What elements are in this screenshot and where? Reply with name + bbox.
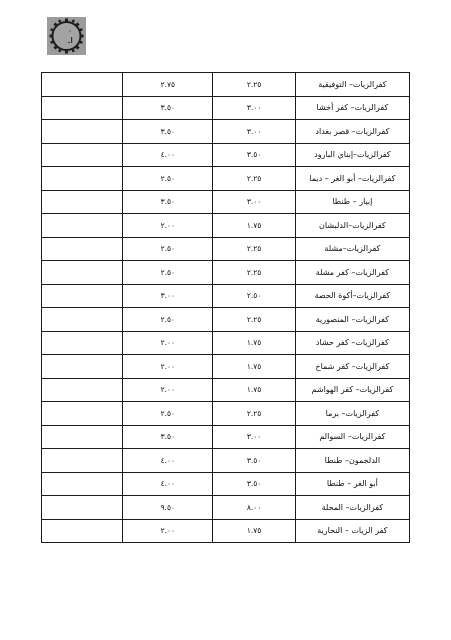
notes-cell [42, 355, 123, 379]
old-fare-cell: ٢.٢٥ [213, 73, 295, 97]
table-row: ٢.٥٠ ٢.٢٥ كفرالزيات– المنصورية [42, 308, 410, 332]
route-cell: كفرالزيات– أبو الغر – ديما [295, 167, 409, 191]
route-cell: الدلجمون– طنطا [295, 449, 409, 473]
new-fare-cell: ٢.٠٠ [123, 519, 213, 543]
new-fare-cell: ٣.٥٠ [123, 190, 213, 214]
old-fare-cell: ٢.٢٥ [213, 261, 295, 285]
table-row: ٩.٥٠ ٨.٠٠ كفرالزيات– المحلة [42, 496, 410, 520]
notes-cell [42, 402, 123, 426]
route-cell: كفرالزيات– التوفيقية [295, 73, 409, 97]
new-fare-cell: ٣.٥٠ [123, 96, 213, 120]
table-row: ٢.٠٠ ١.٧٥ كفرالزيات– كفر شماخ [42, 355, 410, 379]
old-fare-cell: ٣.٥٠ [213, 449, 295, 473]
new-fare-cell: ٢.٠٠ [123, 331, 213, 355]
old-fare-cell: ١.٧٥ [213, 214, 295, 238]
new-fare-cell: ٣.٥٠ [123, 425, 213, 449]
old-fare-cell: ٣.٠٠ [213, 120, 295, 144]
table-row: ٢.٧٥ ٢.٢٥ كفرالزيات– التوفيقية [42, 73, 410, 97]
table-row: ٢.٥٠ ٢.٢٥ كفرالزيات–مشلة [42, 237, 410, 261]
notes-cell [42, 143, 123, 167]
old-fare-cell: ٣.٠٠ [213, 96, 295, 120]
route-cell: كفرالزيات– السوالم [295, 425, 409, 449]
old-fare-cell: ٢.٢٥ [213, 308, 295, 332]
logo [47, 17, 86, 55]
notes-cell [42, 237, 123, 261]
new-fare-cell: ٩.٥٠ [123, 496, 213, 520]
new-fare-cell: ٣.٥٠ [123, 120, 213, 144]
notes-cell [42, 331, 123, 355]
notes-cell [42, 425, 123, 449]
notes-cell [42, 284, 123, 308]
route-cell: كفرالزيات– برما [295, 402, 409, 426]
old-fare-cell: ٢.٢٥ [213, 402, 295, 426]
route-cell: كفرالزيات–الدلبشان [295, 214, 409, 238]
table-row: ٣.٥٠ ٣.٠٠ كفرالزيات– كفر أخشا [42, 96, 410, 120]
new-fare-cell: ٢.٠٠ [123, 214, 213, 238]
new-fare-cell: ٤.٠٠ [123, 143, 213, 167]
new-fare-cell: ٢.٥٠ [123, 402, 213, 426]
notes-cell [42, 308, 123, 332]
table-row: ٤.٠٠ ٣.٥٠ كفرالزيات–إبناي البارود [42, 143, 410, 167]
table-row: ٢.٥٠ ٢.٢٥ كفرالزيات– كفر مشلة [42, 261, 410, 285]
route-cell: إبيار – طنطا [295, 190, 409, 214]
notes-cell [42, 378, 123, 402]
notes-cell [42, 449, 123, 473]
route-cell: كفر الزيات – النحارية [295, 519, 409, 543]
route-cell: كفرالزيات–مشلة [295, 237, 409, 261]
route-cell: كفرالزيات– كفر مشلة [295, 261, 409, 285]
new-fare-cell: ٤.٠٠ [123, 449, 213, 473]
route-cell: كفرالزيات– كفر حشاد [295, 331, 409, 355]
route-cell: كفرالزيات– المنصورية [295, 308, 409, 332]
notes-cell [42, 73, 123, 97]
notes-cell [42, 261, 123, 285]
route-cell: أبو الغر – طنطا [295, 472, 409, 496]
old-fare-cell: ٣.٥٠ [213, 472, 295, 496]
new-fare-cell: ٢.٥٠ [123, 237, 213, 261]
gear-emblem-icon [47, 17, 86, 55]
notes-cell [42, 472, 123, 496]
new-fare-cell: ٢.٥٠ [123, 167, 213, 191]
route-cell: كفرالزيات– المحلة [295, 496, 409, 520]
route-cell: كفرالزيات–إبناي البارود [295, 143, 409, 167]
route-cell: كفرالزيات– كفر أخشا [295, 96, 409, 120]
old-fare-cell: ٢.٢٥ [213, 237, 295, 261]
notes-cell [42, 496, 123, 520]
table-row: ٤.٠٠ ٣.٥٠ الدلجمون– طنطا [42, 449, 410, 473]
table-row: ٣.٠٠ ٢.٥٠ كفرالزيات–أكوة الحصة [42, 284, 410, 308]
table-row: ٢.٠٠ ١.٧٥ كفر الزيات – النحارية [42, 519, 410, 543]
new-fare-cell: ٢.٥٠ [123, 308, 213, 332]
old-fare-cell: ٣.٠٠ [213, 190, 295, 214]
table-row: ٢.٠٠ ١.٧٥ كفرالزيات– كفر الهواشم [42, 378, 410, 402]
table-row: ٤.٠٠ ٣.٥٠ أبو الغر – طنطا [42, 472, 410, 496]
route-cell: كفرالزيات–أكوة الحصة [295, 284, 409, 308]
notes-cell [42, 96, 123, 120]
new-fare-cell: ٢.٧٥ [123, 73, 213, 97]
old-fare-cell: ٣.٥٠ [213, 143, 295, 167]
table-row: ٣.٥٠ ٣.٠٠ إبيار – طنطا [42, 190, 410, 214]
fare-table: ٢.٧٥ ٢.٢٥ كفرالزيات– التوفيقية ٣.٥٠ ٣.٠٠… [41, 72, 410, 543]
table-row: ٢.٥٠ ٢.٢٥ كفرالزيات– أبو الغر – ديما [42, 167, 410, 191]
old-fare-cell: ٢.٢٥ [213, 167, 295, 191]
notes-cell [42, 120, 123, 144]
new-fare-cell: ٣.٠٠ [123, 284, 213, 308]
old-fare-cell: ١.٧٥ [213, 331, 295, 355]
new-fare-cell: ٤.٠٠ [123, 472, 213, 496]
route-cell: كفرالزيات– قصر بغداد [295, 120, 409, 144]
new-fare-cell: ٢.٠٠ [123, 378, 213, 402]
old-fare-cell: ٨.٠٠ [213, 496, 295, 520]
notes-cell [42, 167, 123, 191]
old-fare-cell: ١.٧٥ [213, 355, 295, 379]
table-row: ٢.٠٠ ١.٧٥ كفرالزيات–الدلبشان [42, 214, 410, 238]
table-row: ٣.٥٠ ٣.٠٠ كفرالزيات– السوالم [42, 425, 410, 449]
old-fare-cell: ٣.٠٠ [213, 425, 295, 449]
notes-cell [42, 190, 123, 214]
old-fare-cell: ٢.٥٠ [213, 284, 295, 308]
notes-cell [42, 214, 123, 238]
table-row: ٣.٥٠ ٣.٠٠ كفرالزيات– قصر بغداد [42, 120, 410, 144]
table-row: ٢.٠٠ ١.٧٥ كفرالزيات– كفر حشاد [42, 331, 410, 355]
route-cell: كفرالزيات– كفر الهواشم [295, 378, 409, 402]
table-row: ٢.٥٠ ٢.٢٥ كفرالزيات– برما [42, 402, 410, 426]
new-fare-cell: ٢.٠٠ [123, 355, 213, 379]
notes-cell [42, 519, 123, 543]
route-cell: كفرالزيات– كفر شماخ [295, 355, 409, 379]
old-fare-cell: ١.٧٥ [213, 378, 295, 402]
new-fare-cell: ٢.٥٠ [123, 261, 213, 285]
old-fare-cell: ١.٧٥ [213, 519, 295, 543]
